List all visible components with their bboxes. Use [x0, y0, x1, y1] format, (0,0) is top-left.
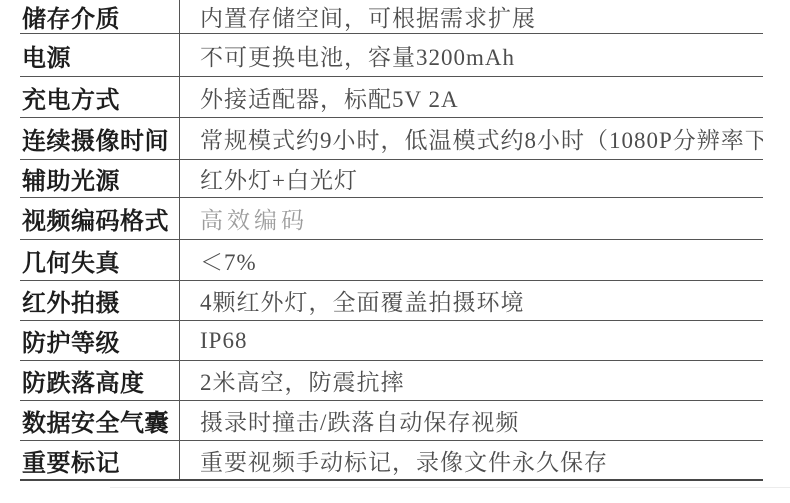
spec-label: 充电方式 [20, 77, 179, 117]
table-row: 连续摄像时间 常规模式约9小时，低温模式约8小时（1080P分辨率下） [20, 118, 763, 160]
spec-label: 电源 [20, 34, 179, 76]
table-row: 重要标记 重要视频手动标记，录像文件永久保存 [20, 441, 763, 481]
table-row: 数据安全气囊 摄录时撞击/跌落自动保存视频 [20, 401, 763, 441]
spec-label: 防护等级 [20, 321, 179, 360]
spec-value: 摄录时撞击/跌落自动保存视频 [179, 401, 763, 440]
spec-label: 防跌落高度 [20, 361, 179, 400]
spec-label: 数据安全气囊 [20, 401, 179, 440]
spec-value: 重要视频手动标记，录像文件永久保存 [179, 441, 763, 479]
spec-label: 几何失真 [20, 240, 179, 280]
spec-value: 不可更换电池，容量3200mAh [179, 34, 763, 76]
spec-value: 高效编码 [179, 198, 763, 239]
spec-value: ＜7% [179, 240, 763, 280]
table-row: 红外拍摄 4颗红外灯，全面覆盖拍摄环境 [20, 281, 763, 321]
table-row: 防护等级 IP68 [20, 321, 763, 361]
spec-value: 4颗红外灯，全面覆盖拍摄环境 [179, 281, 763, 320]
spec-value: 红外灯+白光灯 [179, 160, 763, 197]
spec-value: IP68 [179, 321, 763, 360]
divider [110, 487, 790, 488]
spec-label: 视频编码格式 [20, 198, 179, 239]
spec-label: 重要标记 [20, 441, 179, 479]
spec-label: 辅助光源 [20, 160, 179, 197]
table-row: 储存介质 内置存储空间，可根据需求扩展 [20, 0, 763, 34]
spec-value: 2米高空，防震抗摔 [179, 361, 763, 400]
table-row: 防跌落高度 2米高空，防震抗摔 [20, 361, 763, 401]
spec-value: 内置存储空间，可根据需求扩展 [179, 0, 763, 33]
table-row: 几何失真 ＜7% [20, 240, 763, 281]
spec-value: 常规模式约9小时，低温模式约8小时（1080P分辨率下） [179, 118, 763, 159]
spec-value: 外接适配器，标配5V 2A [179, 77, 763, 117]
product-spec-page: 储存介质 内置存储空间，可根据需求扩展 电源 不可更换电池，容量3200mAh … [0, 0, 790, 503]
spec-label: 连续摄像时间 [20, 118, 179, 159]
spec-label: 红外拍摄 [20, 281, 179, 320]
table-row: 辅助光源 红外灯+白光灯 [20, 160, 763, 198]
table-row: 视频编码格式 高效编码 [20, 198, 763, 240]
spec-label: 储存介质 [20, 0, 179, 33]
table-row: 电源 不可更换电池，容量3200mAh [20, 34, 763, 77]
table-row: 充电方式 外接适配器，标配5V 2A [20, 77, 763, 118]
spec-table: 储存介质 内置存储空间，可根据需求扩展 电源 不可更换电池，容量3200mAh … [20, 0, 763, 481]
